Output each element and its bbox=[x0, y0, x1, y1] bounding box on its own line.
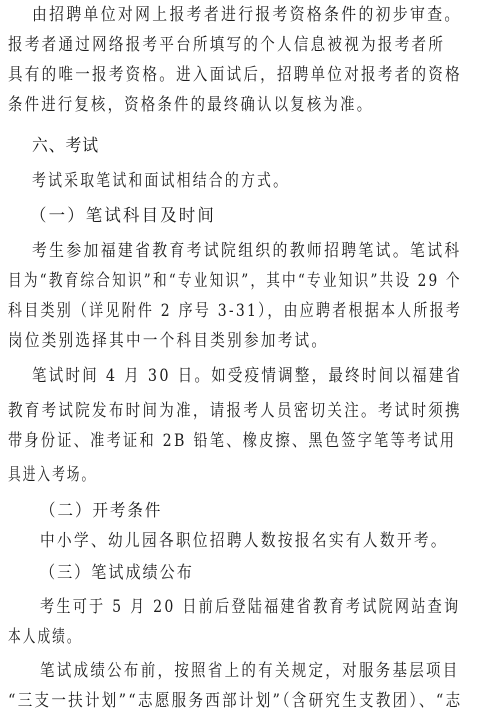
subheading-written-exam-subjects: （一）笔试科目及时间 bbox=[30, 205, 216, 227]
paragraph-line-11: 岗位类别选择其中一个科目类别参加考试。 bbox=[8, 330, 328, 352]
paragraph-line-2: 报考者通过网络报考平台所填写的个人信息被视为报考者所 bbox=[8, 34, 445, 56]
paragraph-line-12: 笔试时间 4 月 30 日。如受疫情调整，最终时间以福建省 bbox=[32, 365, 462, 387]
paragraph-line-21: 笔试成绩公布前，按照省上的有关规定，对服务基层项目 bbox=[40, 660, 460, 682]
paragraph-line-3: 具有的唯一报考资格。进入面试后，招聘单位对报考者的资格 bbox=[8, 64, 462, 86]
paragraph-line-10: 科目类别（详见附件 2 序号 3-31），由应聘者根据本人所报考 bbox=[8, 300, 462, 322]
paragraph-line-9: 目为“教育综合知识”和“专业知识”，其中“专业知识”共设 29 个 bbox=[8, 270, 462, 292]
subheading-score-publication: （三）笔试成绩公布 bbox=[40, 562, 194, 584]
paragraph-line-4: 条件进行复核，资格条件的最终确认以复核为准。 bbox=[8, 94, 373, 116]
paragraph-line-17: 中小学、幼儿园各职位招聘人数按报名实有人数开考。 bbox=[40, 530, 448, 552]
paragraph-line-13: 教育考试院发布时间为准，请报考人员密切关注。考试时须携 bbox=[8, 400, 462, 422]
section-heading-exam: 六、考试 bbox=[32, 135, 99, 157]
paragraph-line-15: 具进入考场。 bbox=[8, 464, 96, 486]
paragraph-line-1: 由招聘单位对网上报考者进行报考资格条件的初步审查。 bbox=[32, 4, 462, 26]
paragraph-line-14: 带身份证、准考证和 2B 铅笔、橡皮擦、黑色签字笔等考试用 bbox=[8, 430, 456, 452]
paragraph-line-19: 考生可于 5 月 20 日前后登陆福建省教育考试院网站查询 bbox=[40, 596, 460, 618]
exam-method-text: 考试采取笔试和面试相结合的方式。 bbox=[32, 170, 289, 192]
document-page: 由招聘单位对网上报考者进行报考资格条件的初步审查。 报考者通过网络报考平台所填写… bbox=[0, 0, 477, 713]
paragraph-line-8: 考生参加福建省教育考试院组织的教师招聘笔试。笔试科 bbox=[32, 240, 462, 262]
paragraph-line-22: “三支一扶计划”“志愿服务西部计划”（含研究生支教团）、“志 bbox=[8, 690, 462, 712]
subheading-exam-conditions: （二）开考条件 bbox=[40, 500, 162, 522]
paragraph-line-20: 本人成绩。 bbox=[8, 626, 82, 648]
